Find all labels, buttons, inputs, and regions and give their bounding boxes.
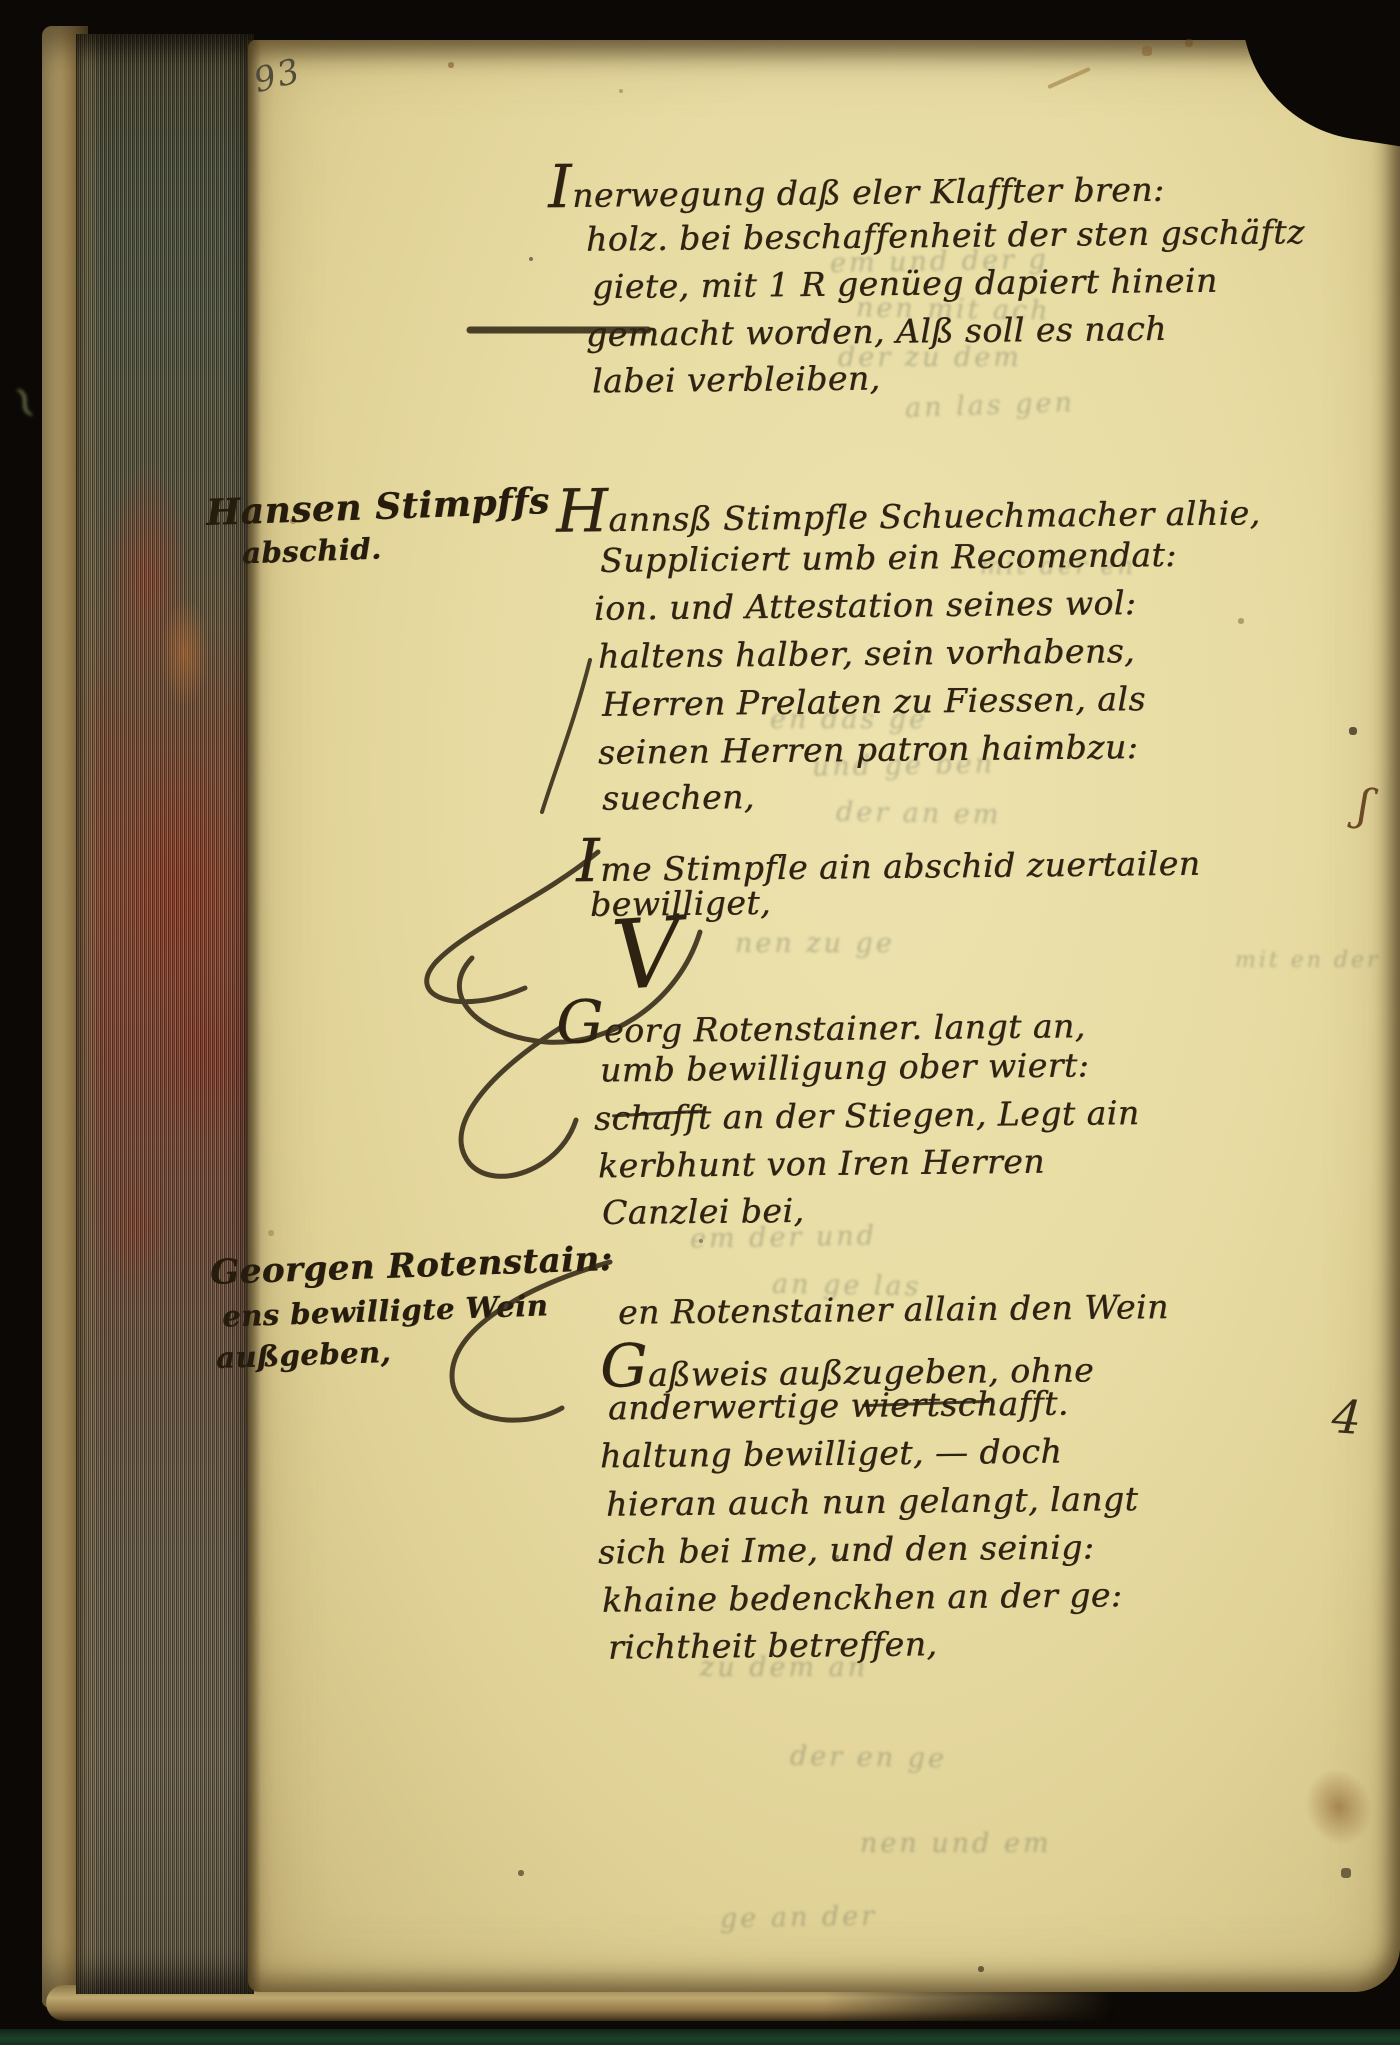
entry-wine-line: anderwertige wiertschafft.: [608, 1384, 1069, 1428]
bleedthrough-text: mit en der: [1235, 948, 1381, 973]
margin-note-rotenstain-sub: außgeben,: [215, 1335, 391, 1375]
entry-intro-line: gemacht worden, Alß soll es nach: [586, 309, 1167, 354]
entry-rotenstainer-line: umb bewilligung ober wiert:: [600, 1045, 1090, 1089]
entry-stimpfle-line: haltens halber, sein vorhabens,: [598, 631, 1135, 676]
entry-stimpfle-line: suechen,: [602, 777, 755, 818]
entry-intro-line: Inerwegung daß eler Klaffter bren:: [548, 147, 1165, 222]
manuscript-scan: ~ em und der g nen mit ach der zu dem an…: [0, 0, 1400, 2045]
entry-intro-line: giete, mit 1 R genüeg dapiert hinein: [592, 261, 1218, 307]
entry-wine-line: hieran auch nun gelangt, langt: [606, 1479, 1139, 1524]
bleedthrough-text: an las gen: [905, 387, 1076, 424]
bleedthrough-text: ge an der: [720, 1901, 878, 1935]
bleedthrough-text: der en ge: [790, 1741, 947, 1775]
entry-intro-line: holz. bei beschaffenheit der sten gschäf…: [586, 212, 1305, 259]
bleedthrough-text: nen zu ge: [735, 928, 895, 959]
entry-stimpfle-line: Suppliciert umb ein Recomendat:: [600, 535, 1177, 580]
entry-wine-line: sich bei Ime, und den seinig:: [598, 1527, 1095, 1571]
book-fore-edge: [76, 34, 254, 1994]
entry-wine-line: haltung bewilliget, — doch: [600, 1432, 1062, 1476]
entry-rotenstainer-line: Canzlei bei,: [602, 1191, 805, 1232]
margin-note-stimpff-sub: abschid.: [241, 532, 382, 571]
backdrop-green-strip: [0, 2029, 1400, 2045]
entry-stimpfle-line: ion. und Attestation seines wol:: [594, 583, 1137, 628]
entry-rotenstainer-line: schafft an der Stiegen, Legt ain: [594, 1093, 1140, 1138]
edge-stain: [160, 598, 210, 708]
entry-wine-line: khaine bedenckhen an der ge:: [602, 1575, 1123, 1619]
edge-numeral-mark: 4: [1330, 1389, 1363, 1445]
page-gutter-shadow: [247, 40, 261, 1992]
entry-stimpfle-line: Herren Prelaten zu Fiessen, als: [602, 679, 1146, 724]
entry-wine-line: richtheit betreffen,: [608, 1624, 938, 1666]
entry-wine-line: en Rotenstainer allain den Wein: [618, 1287, 1169, 1332]
entry-intro-line: labei verbleiben,: [592, 358, 881, 400]
bleedthrough-text: nen und em: [860, 1828, 1052, 1859]
entry-stimpfle-line: seinen Herren patron haimbzu:: [598, 727, 1139, 772]
entry-rotenstainer-line: kerbhunt von Iren Herren: [598, 1142, 1045, 1186]
paper-specks: [0, 0, 2, 2]
